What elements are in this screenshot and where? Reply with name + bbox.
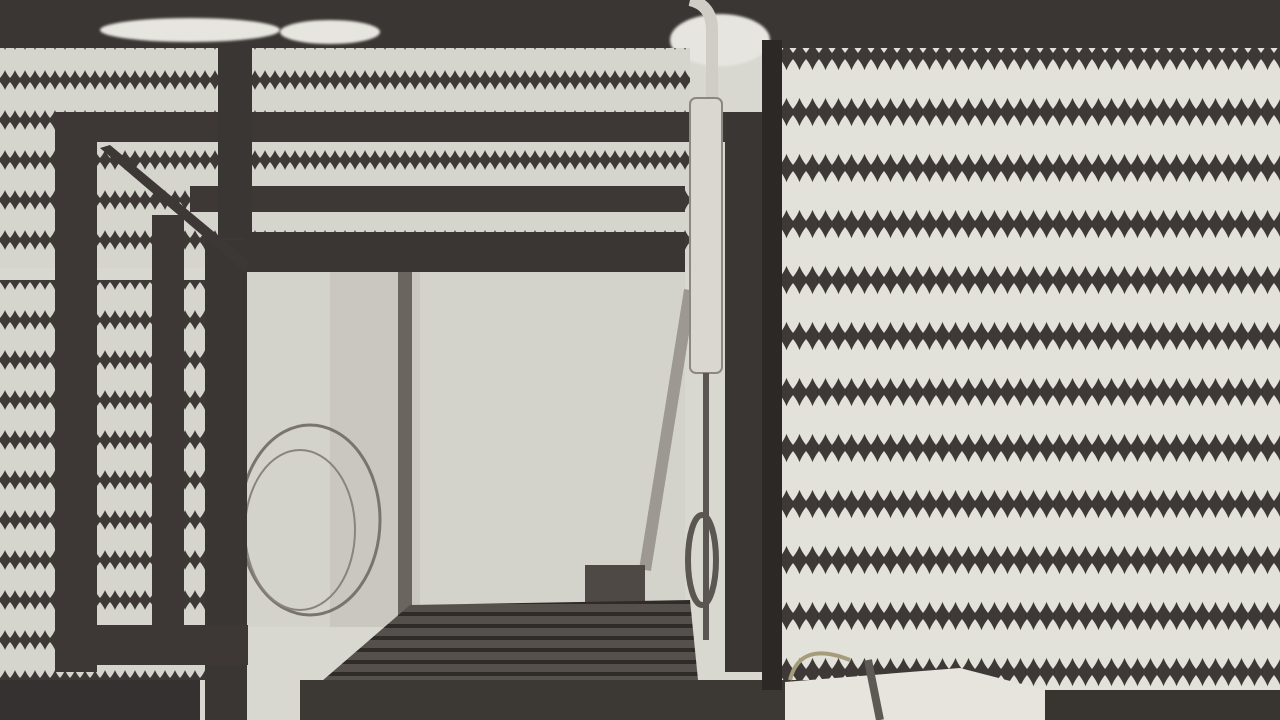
frame-post-right: [725, 112, 765, 672]
frame-opening-beam: [245, 232, 685, 272]
wall-post: [398, 272, 412, 627]
bucket: [585, 565, 645, 605]
vertical-pipe: [690, 98, 722, 373]
frame-bottom-left: [88, 625, 248, 665]
snow-patch: [100, 18, 280, 42]
photo-scene: [0, 0, 1280, 720]
frame-post-right-edge: [762, 40, 782, 690]
bottom-rail-left: [0, 680, 200, 720]
ladder-base: [300, 680, 820, 720]
bottom-rail-right: [1040, 690, 1280, 720]
frame-post-upper: [218, 48, 252, 238]
carabiner: [688, 515, 716, 605]
frame-post-mid: [152, 215, 184, 635]
frame-post-left: [55, 112, 97, 672]
snow-patch: [280, 20, 380, 44]
frame-top-beam: [55, 112, 760, 142]
photo-canvas: [0, 0, 1280, 720]
frame-inner-beam: [190, 186, 685, 212]
mesh-panel-right: [780, 48, 1280, 693]
